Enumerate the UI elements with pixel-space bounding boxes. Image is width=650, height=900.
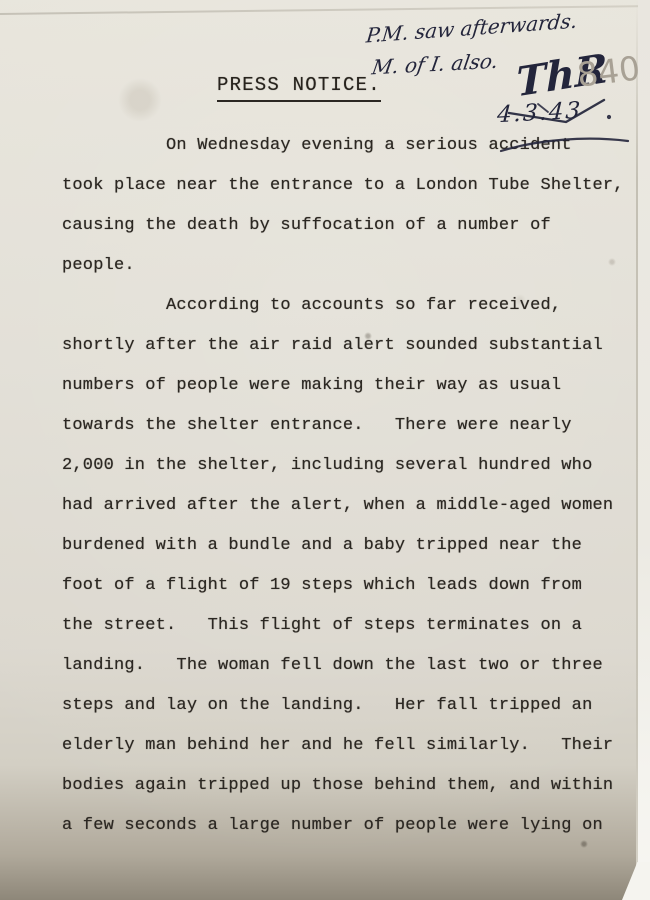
typed-line: numbers of people were making their way … (62, 376, 637, 416)
typed-body: On Wednesday evening a serious accidentt… (62, 136, 637, 856)
typed-line: people. (62, 256, 637, 296)
typed-line: burdened with a bundle and a baby trippe… (62, 536, 637, 576)
page-title: PRESS NOTICE. (217, 74, 381, 102)
typed-line: took place near the entrance to a London… (62, 176, 637, 216)
typed-line: shortly after the air raid alert sounded… (62, 336, 637, 376)
typed-line: causing the death by suffocation of a nu… (62, 216, 637, 256)
typed-line: a few seconds a large number of people w… (62, 816, 637, 856)
paper-right-margin-strip (638, 0, 650, 900)
typed-line: On Wednesday evening a serious accident (62, 136, 637, 176)
handwritten-date: 4.3.43 (496, 98, 582, 129)
typed-line: foot of a flight of 19 steps which leads… (62, 576, 637, 616)
typed-line: bodies again tripped up those behind the… (62, 776, 637, 816)
paper-corner-underlay (622, 862, 650, 900)
pencil-file-number: 840 (575, 48, 642, 94)
typed-line: elderly man behind her and he fell simil… (62, 736, 637, 776)
typed-line: had arrived after the alert, when a midd… (62, 496, 637, 536)
document-photo: PRESS NOTICE. On Wednesday evening a ser… (0, 0, 650, 900)
typed-line: According to accounts so far received, (62, 296, 637, 336)
typed-line: landing. The woman fell down the last tw… (62, 656, 637, 696)
typed-line: 2,000 in the shelter, including several … (62, 456, 637, 496)
handwritten-annotation-line2: M. of I. also. (370, 49, 500, 80)
typed-line: towards the shelter entrance. There were… (62, 416, 637, 456)
typed-line: the street. This flight of steps termina… (62, 616, 637, 656)
typed-line: steps and lay on the landing. Her fall t… (62, 696, 637, 736)
handwritten-annotation-line1: P.M. saw afterwards. (365, 9, 578, 48)
